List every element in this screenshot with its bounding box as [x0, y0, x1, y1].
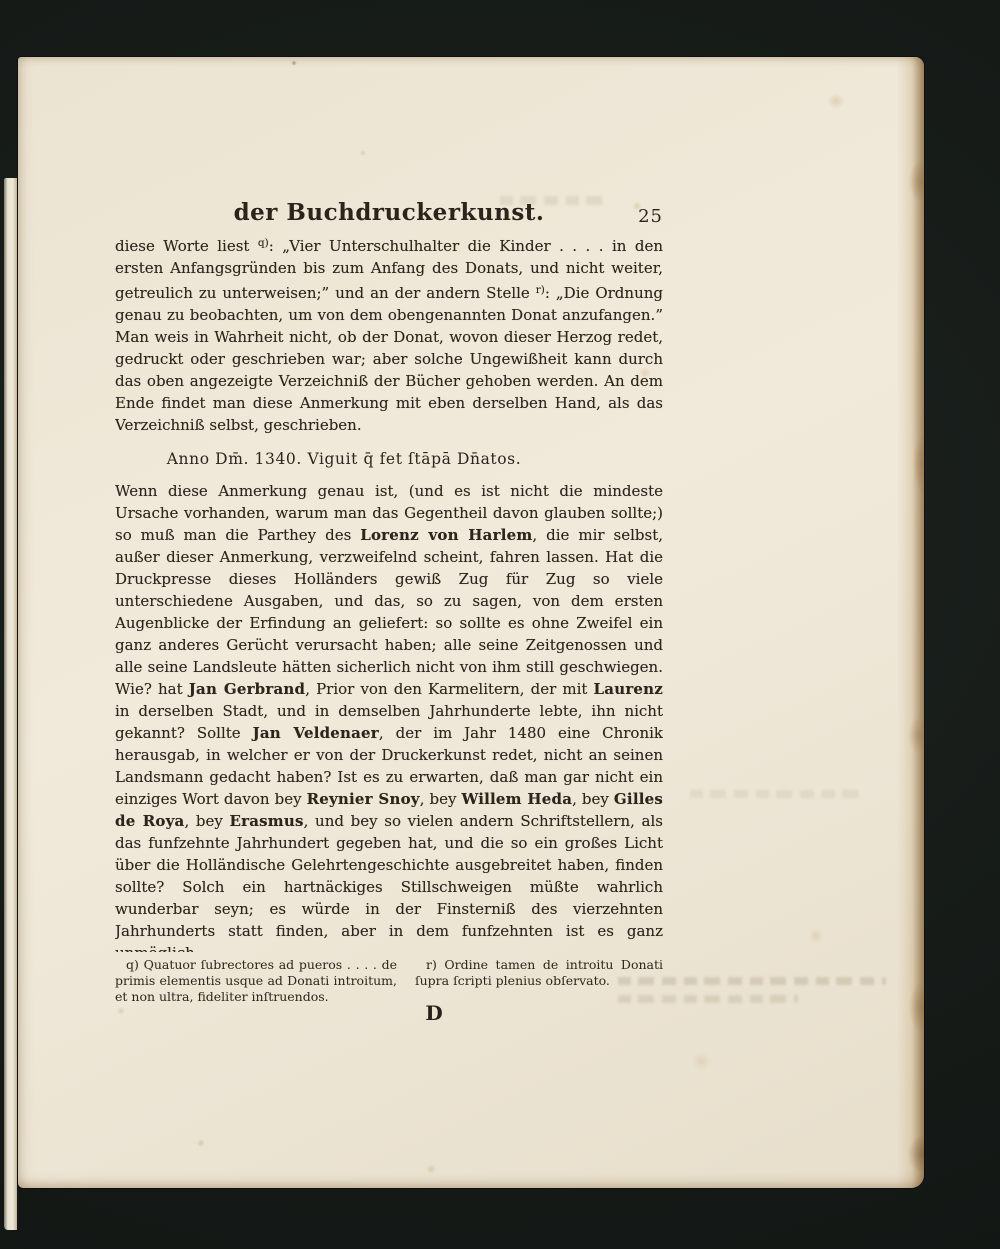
- text-run: : „Die Ordnung genau zu beobachten, um v…: [115, 284, 663, 434]
- footnotes: q) Quatuor ſubrectores ad pueros . . . .…: [115, 957, 663, 1005]
- deckle-edge: [897, 57, 924, 1188]
- text-run: , und bey so vielen andern Schriftstelle…: [115, 812, 663, 952]
- bleedthrough-ghost: [618, 977, 886, 985]
- proper-name: Erasmus: [230, 812, 304, 830]
- underlying-page-edge: [4, 178, 17, 1230]
- proper-name: Reynier Snoy: [307, 790, 420, 808]
- text-run: , bey: [572, 790, 614, 808]
- page-number: 25: [638, 206, 663, 227]
- paragraph-1: diese Worte liest q): „Vier Unterschulha…: [115, 232, 663, 436]
- proper-name: Jan Veldenaer: [253, 724, 379, 742]
- footnote-q: q) Quatuor ſubrectores ad pueros . . . .…: [115, 957, 397, 1005]
- text-run: diese Worte liest: [115, 237, 258, 255]
- proper-name: Willem Heda: [461, 790, 572, 808]
- proper-name: Lorenz von Harlem: [360, 526, 532, 544]
- text-block: diese Worte liest q): „Vier Unterschulha…: [115, 232, 663, 952]
- book-page: der Buchdruckerkunst. 25 diese Worte lie…: [18, 57, 924, 1188]
- bleedthrough-ghost: [690, 790, 860, 798]
- text-run: , Prior von den Karmelitern, der mit: [305, 680, 593, 698]
- proper-name: Laurenz: [594, 680, 663, 698]
- text-run: , die mir selbst, außer dieser Anmerkung…: [115, 526, 663, 698]
- text-run: , bey: [420, 790, 462, 808]
- latin-anno-line: Anno Dm̄. 1340. Viguit q̄ fet ſtāpā Dn…: [115, 448, 663, 470]
- footnote-marker: q): [258, 237, 269, 249]
- signature-mark: D: [115, 1001, 663, 1025]
- bleedthrough-ghost: [500, 196, 610, 205]
- footnote-marker: r): [536, 284, 545, 296]
- running-title: der Buchdruckerkunst.: [234, 199, 545, 226]
- bleedthrough-ghost: [618, 995, 798, 1003]
- paragraph-2: Wenn diese Anmerkung genau ist, (und es …: [115, 480, 663, 952]
- proper-name: Jan Gerbrand: [189, 680, 305, 698]
- text-run: , bey: [184, 812, 229, 830]
